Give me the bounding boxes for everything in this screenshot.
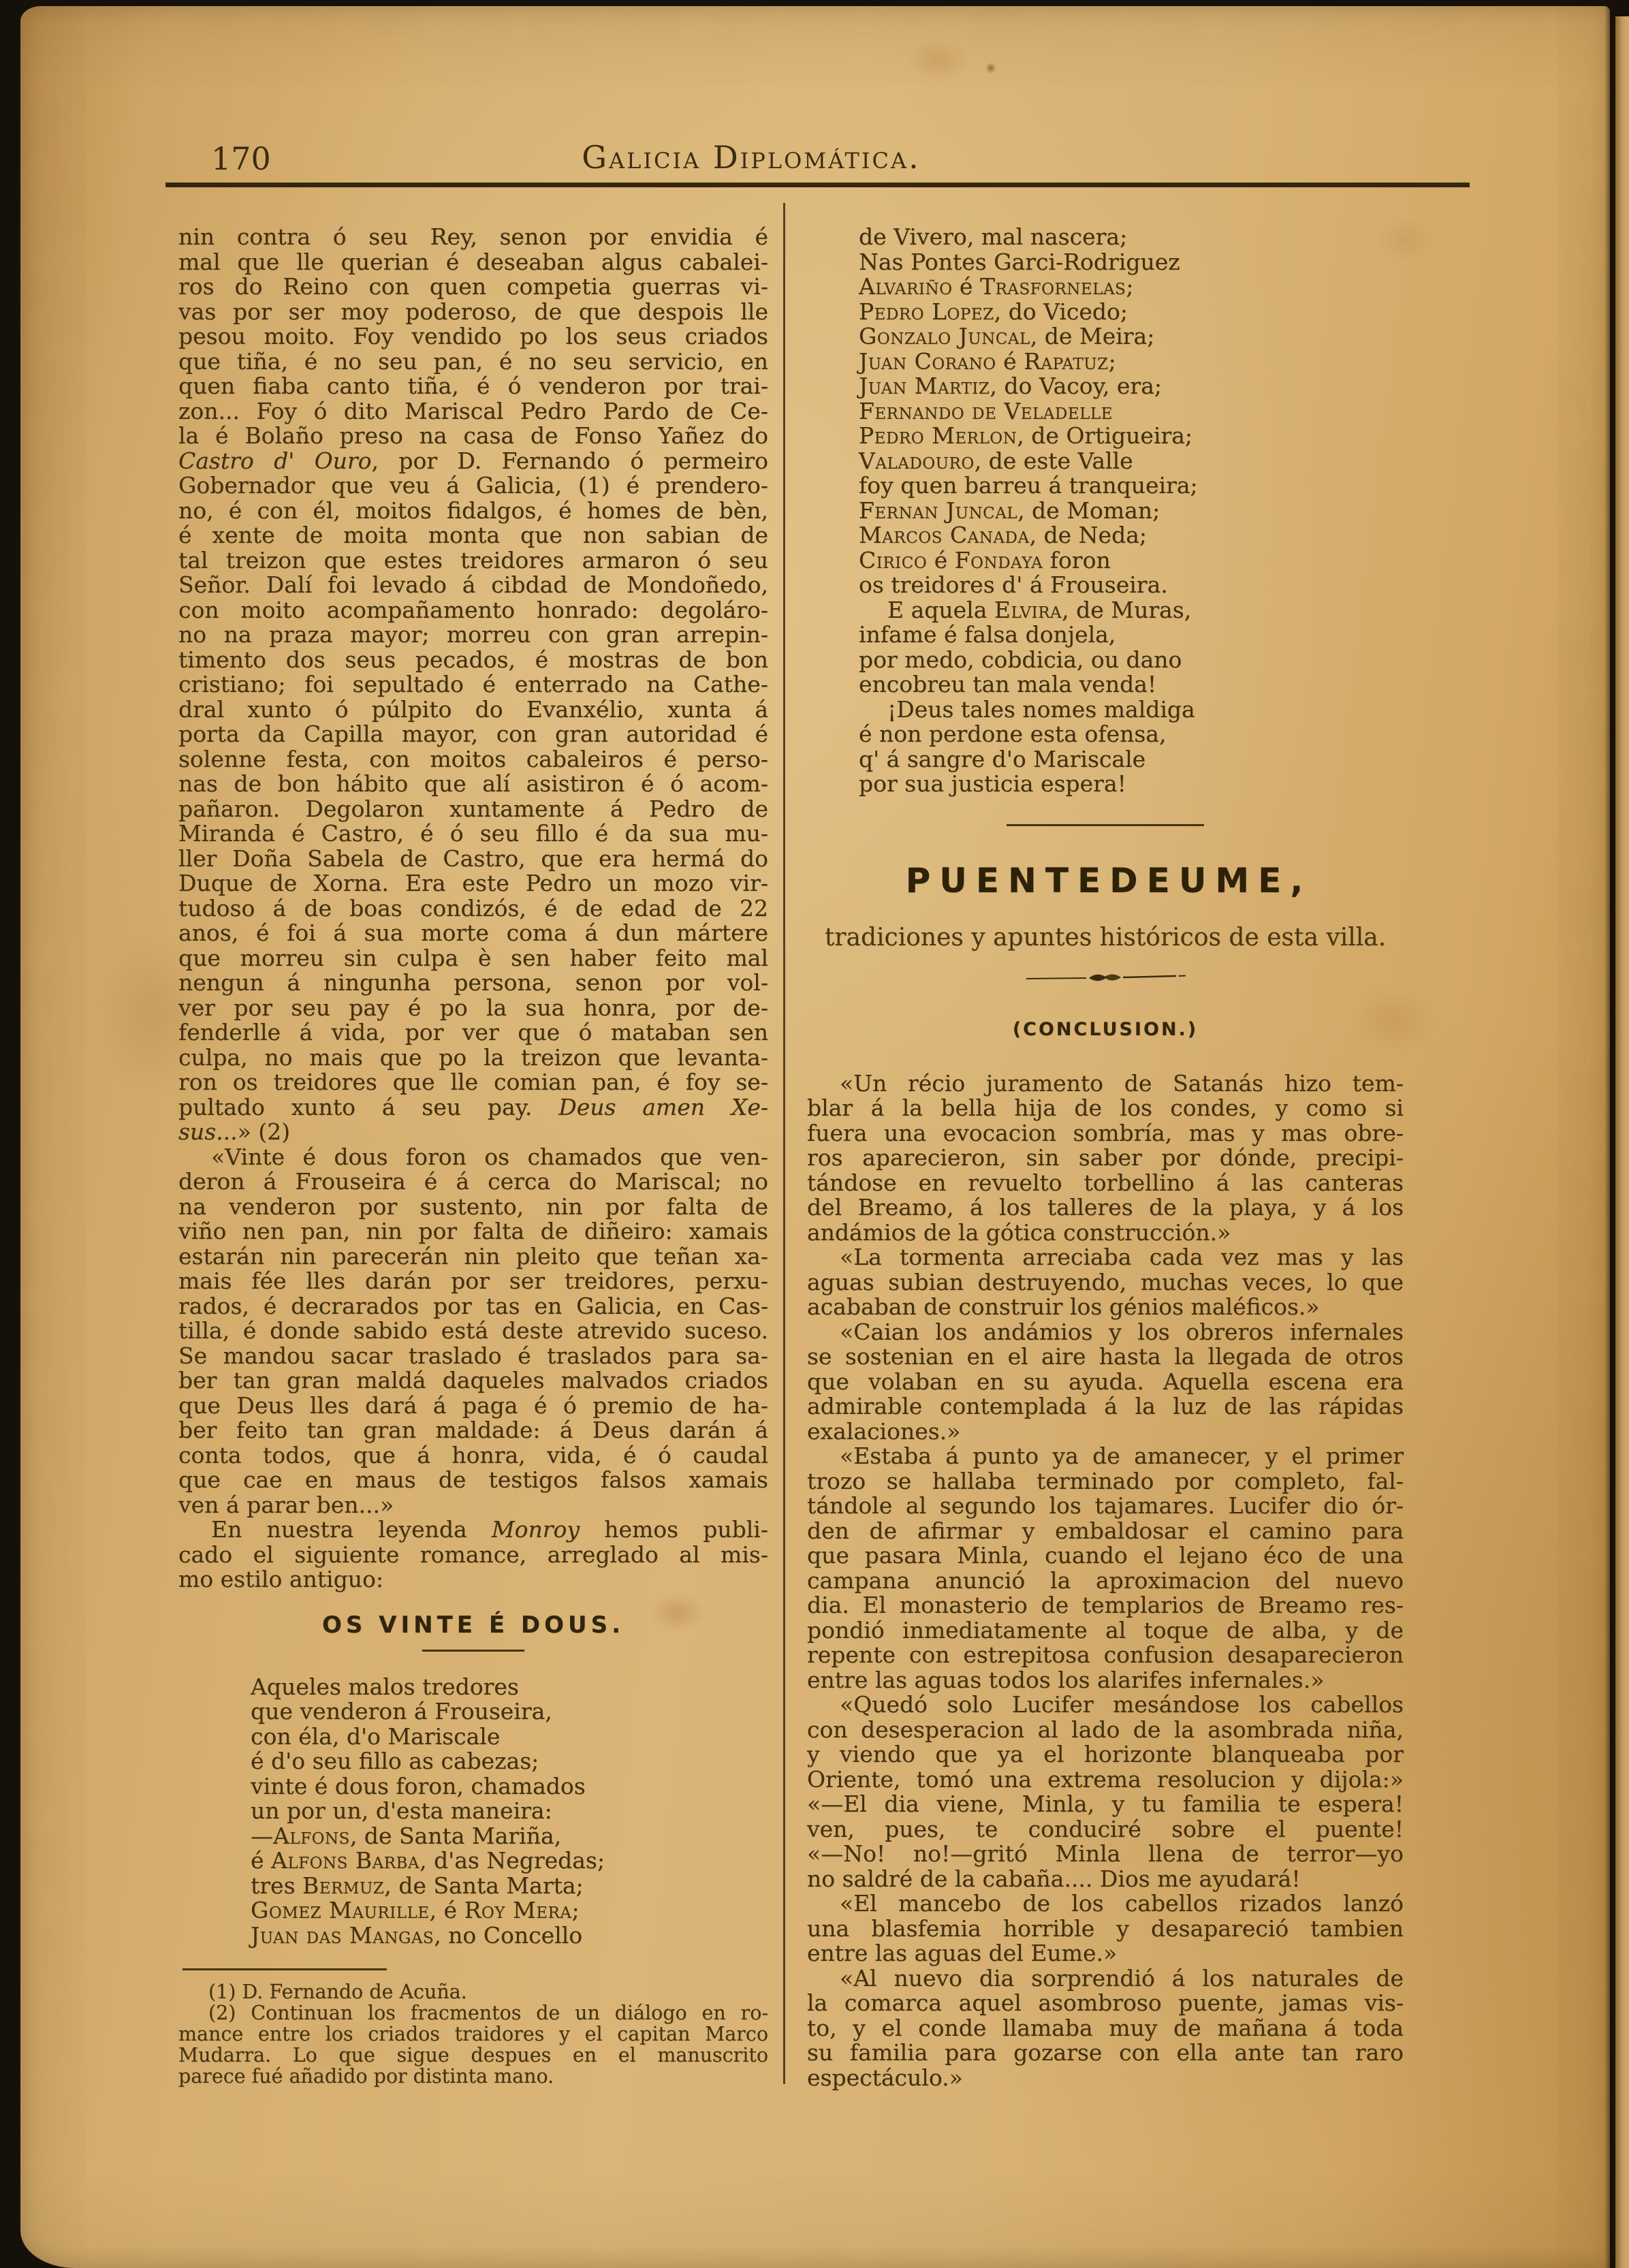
footnote-2: (2) Continuan los fracmentos de un diálo… [178,2002,768,2087]
text-line: entre las aguas todos los alarifes infer… [807,1668,1404,1693]
verse-line: Valadouro, de este Valle [859,449,1404,474]
text-line: cado el siguiente romance, arreglado al … [178,1543,768,1568]
text-line: mo estilo antiguo: [178,1567,768,1592]
text-line: entre las aguas del Eume.» [807,1941,1404,1966]
paragraph-andamios: «Caian los andámios y los obreros infern… [807,1320,1404,1445]
column-divider [783,203,785,2084]
paragraph-mancebo: «El mancebo de los cabellos rizados lanz… [807,1891,1404,1966]
heading-puentedeume: PUENTEDEUME, [807,862,1404,900]
column-left: nin contra ó seu Rey, senon por envidia … [178,225,768,2087]
heading-conclusion: (CONCLUSION.) [807,1018,1404,1041]
text-line: fenderlle á vida, por ver que ó mataban … [178,1020,768,1045]
text-line: se sostenian en el aire hasta la llegada… [807,1344,1404,1370]
text-line: la comarca aquel asombroso puente, jamas… [807,1991,1404,2016]
text-line: tal treizon que estes treidores armaron … [178,548,768,573]
footnote-rule [183,1968,387,1970]
text-line: «Al nuevo dia sorprendió á los naturales… [807,1966,1404,1991]
text-line: aguas subian destruyendo, muchas veces, … [807,1270,1404,1295]
text-line: En nuestra leyenda Monroy hemos publi- [178,1517,768,1543]
romance-verse-1: Aqueles malos tredoresque venderon á Fro… [178,1675,768,1949]
text-line: é xente de moita monta que non sabian de [178,523,768,548]
text-line: tudoso á de boas condizós, é de edad de … [178,896,768,922]
text-line: zon... Foy ó dito Mariscal Pedro Pardo d… [178,399,768,424]
text-line: «El mancebo de los cabellos rizados lanz… [807,1891,1404,1917]
text-line: pañaron. Degolaron xuntamente á Pedro de [178,797,768,822]
text-line: porta da Capilla mayor, con gran autorid… [178,722,768,747]
romance-verse-4: ¡Deus tales nomes maldigaé non perdone e… [807,697,1404,797]
text-line: fuera una evocacion sombría, mas y mas o… [807,1121,1404,1146]
text-line: una blasfemia horrible y desapareció tam… [807,1917,1404,1942]
verse-line: Cirico é Fondaya foron [859,548,1404,573]
text-line: pondió inmediatamente al toque de alba, … [807,1618,1404,1643]
text-line: ller Doña Sabela de Castro, que era herm… [178,847,768,872]
text-line: no na praza mayor; morreu con gran arrep… [178,623,768,648]
text-line: su familia para gozarse con ella ante ta… [807,2041,1404,2066]
text-line: nin contra ó seu Rey, senon por envidia … [178,225,768,250]
ornament-divider [807,968,1404,988]
text-line: deron á Frouseira é á cerca do Mariscal;… [178,1169,768,1195]
verse-line: Pedro Merlon, de Ortigueira; [859,424,1404,449]
text-line: campana anunció la aproximacion del nuev… [807,1569,1404,1594]
text-line: nengun á ningunha persona, senon por vol… [178,971,768,996]
verse-line: que venderon á Frouseira, [251,1699,768,1724]
text-line: ven, pues, te conduciré sobre el puente! [807,1817,1404,1842]
text-line: que pasara Minla, cuando el lejano éco d… [807,1543,1404,1569]
verse-line: Gomez Maurille, é Roy Mera; [251,1898,768,1923]
text-line: andámios de la gótica construcción.» [807,1220,1404,1246]
footnote-1: (1) D. Fernando de Acuña. [178,1981,768,2002]
text-line: no saldré de la cabaña.... Dios me ayuda… [807,1867,1404,1892]
text-line: cristiano; foi sepultado é enterrado na … [178,672,768,697]
text-line: rados, é decrarados por tas en Galicia, … [178,1294,768,1319]
section-divider-rule [1007,824,1204,826]
subtitle-puentedeume: tradiciones y apuntes históricos de esta… [807,924,1404,951]
verse-line: vinte é dous foron, chamados [251,1774,768,1799]
verse-line: ¡Deus tales nomes maldiga [859,697,1404,723]
verse-line: infame é falsa donjela, [859,623,1404,648]
text-line: que morreu sin culpa è sen haber feito m… [178,946,768,971]
text-line: quen fiaba canto tiña, é ó venderon por … [178,374,768,399]
text-line: «—No! no!—gritó Minla llena de terror—yo [807,1842,1404,1867]
verse-line: Gonzalo Juncal, de Meira; [859,324,1404,349]
text-line: «Un récio juramento de Satanás hizo tem- [807,1071,1404,1097]
text-line: den de afirmar y embaldosar el camino pa… [807,1519,1404,1544]
verse-line: Fernan Juncal, de Moman; [859,499,1404,524]
text-line: la é Bolaño preso na casa de Fonso Yañez… [178,424,768,449]
text-line: y viendo que ya el horizonte blanqueaba … [807,1742,1404,1767]
text-line: solenne festa, con moitos cabaleiros é p… [178,747,768,772]
text-line: pesou moito. Foy vendido po los seus cri… [178,324,768,349]
text-line: Castro d' Ouro, por D. Fernando ó permei… [178,449,768,474]
text-line: ber feito tan gran maldade: á Deus darán… [178,1418,768,1443]
text-line: (1) D. Fernando de Acuña. [178,1981,768,2002]
verse-line: Marcos Canada, de Neda; [859,523,1404,548]
adjacent-page-edge [1615,16,1629,2268]
verse-line: Aqueles malos tredores [251,1675,768,1700]
text-line: del Breamo, á los talleres de la playa, … [807,1195,1404,1220]
text-line: ron os treidores que lle comian pan, é f… [178,1070,768,1095]
paragraph-juramento: «Un récio juramento de Satanás hizo tem-… [807,1071,1404,1246]
verse-line: foy quen barreu á tranqueira; [859,473,1404,499]
text-line: sus...» (2) [178,1120,768,1145]
verse-line: é Alfons Barba, d'as Negredas; [251,1848,768,1874]
text-line: exalaciones.» [807,1419,1404,1445]
text-line: nas de bon hábito que alí asistiron é ó … [178,772,768,797]
text-line: Duque de Xorna. Era este Pedro un mozo v… [178,871,768,896]
verse-line: encobreu tan mala venda! [859,672,1404,697]
page-number: 170 [211,140,271,177]
text-line: dia. El monasterio de templarios de Brea… [807,1593,1404,1618]
text-line: Gobernador que veu á Galicia, (1) é pren… [178,473,768,499]
verse-line: —Alfons, de Santa Mariña, [251,1824,768,1849]
text-line: Oriente, tomó una extrema resolucion y d… [807,1767,1404,1793]
text-line: acababan de construir los génios maléfic… [807,1295,1404,1320]
verse-line: Pedro Lopez, do Vicedo; [859,300,1404,325]
text-line: «La tormenta arreciaba cada vez mas y la… [807,1245,1404,1270]
text-line: que volaban en su ayuda. Aquella escena … [807,1370,1404,1395]
text-line: tándole al segundo los tajamares. Lucife… [807,1494,1404,1519]
verse-line: é non perdone esta ofensa, [859,722,1404,747]
text-line: ros aparecieron, sin saber por dónde, pr… [807,1146,1404,1171]
paragraph-leyenda-monroy: En nuestra leyenda Monroy hemos publi-ca… [178,1517,768,1592]
paragraph-vinte-e-dous: «Vinte é dous foron os chamados que ven-… [178,1145,768,1518]
text-line: Señor. Dalí foi levado á cibdad de Mondo… [178,573,768,598]
text-line: estarán nin parecerán nin pleito que teñ… [178,1244,768,1270]
text-line: (2) Continuan los fracmentos de un diálo… [178,2002,768,2023]
header-rule [165,183,1470,187]
text-line: conta todos, que á honra, vida, é ó caud… [178,1443,768,1468]
page-title: Galicia Diplomática. [582,139,920,176]
text-line: «Estaba á punto ya de amanecer, y el pri… [807,1444,1404,1469]
text-line: «Quedó solo Lucifer mesándose los cabell… [807,1692,1404,1718]
text-line: trozo se hallaba terminado por completo,… [807,1469,1404,1494]
text-line: ver por seu pay é po la sua honra, por d… [178,996,768,1021]
text-line: espectáculo.» [807,2066,1404,2091]
text-line: «—El dia viene, Minla, y tu familia te e… [807,1792,1404,1817]
text-line: vas por ser moy poderoso, de que despois… [178,300,768,325]
verse-line: tres Bermuz, de Santa Marta; [251,1874,768,1899]
verse-line: con éla, d'o Mariscale [251,1724,768,1750]
text-line: na venderon por sustento, nin por falta … [178,1195,768,1220]
paragraph-mariscal: nin contra ó seu Rey, senon por envidia … [178,225,768,1145]
text-line: tándose en revuelto torbellino á las can… [807,1171,1404,1196]
text-line: «Caian los andámios y los obreros infern… [807,1320,1404,1345]
verse-line: Juan das Mangas, no Concello [251,1923,768,1949]
verse-line: Juan Martiz, do Vacoy, era; [859,374,1404,399]
text-line: parece fué añadido por distinta mano. [178,2066,768,2087]
text-line: «Vinte é dous foron os chamados que ven- [178,1145,768,1170]
text-line: tilla, é donde sabido está deste atrevid… [178,1319,768,1344]
verse-line: os treidores d' á Frouseira. [859,573,1404,598]
text-line: no, é con él, moitos fidalgos, é homes d… [178,499,768,524]
verse-line: E aquela Elvira, de Muras, [859,598,1404,623]
romance-verse-3: E aquela Elvira, de Muras,infame é falsa… [807,598,1404,697]
paragraph-lucifer: «Quedó solo Lucifer mesándose los cabell… [807,1692,1404,1891]
text-line: ber tan gran maldá daqueles malvados cri… [178,1368,768,1393]
text-line: que tiña, é no seu pan, é no seu servici… [178,349,768,375]
text-line: Mudarra. Lo que sigue despues en el manu… [178,2045,768,2066]
verse-line: é d'o seu fillo as cabezas; [251,1749,768,1774]
text-line: pultado xunto á seu pay. Deus amen Xe- [178,1095,768,1120]
heading-underline [422,1650,524,1652]
text-line: anos, é foi á sua morte coma á dun márte… [178,921,768,946]
text-line: ros do Reino con quen competia guerras v… [178,274,768,300]
column-right: de Vivero, mal nascera;Nas Pontes Garci-… [807,225,1404,2090]
text-line: culpa, no mais que po la treizon que lev… [178,1045,768,1071]
text-line: dral xunto ó púlpito do Evanxélio, xunta… [178,697,768,723]
text-line: con desesperacion al lado de la asombrad… [807,1718,1404,1743]
text-line: timento dos seus pecados, é mostras de b… [178,648,768,673]
text-line: blar á la bella hija de los condes, y co… [807,1096,1404,1121]
text-line: que Deus lles dará á paga é ó premio de … [178,1393,768,1419]
verse-line: por medo, cobdicia, ou dano [859,648,1404,673]
verse-line: q' á sangre d'o Mariscale [859,747,1404,772]
text-line: viño nen pan, nin por falta de diñeiro: … [178,1219,768,1244]
verse-line: de Vivero, mal nascera; [859,225,1404,250]
paragraph-tormenta: «La tormenta arreciaba cada vez mas y la… [807,1245,1404,1320]
verse-line: por sua justicia espera! [859,772,1404,797]
paragraph-nuevo-dia: «Al nuevo dia sorprendió á los naturales… [807,1966,1404,2091]
heading-os-vinte-e-dous: OS VINTE É DOUS. [178,1610,768,1640]
text-line: mal que lle querian é deseaban algus cab… [178,250,768,275]
verse-line: Alvariño é Trasfornelas; [859,274,1404,300]
romance-verse-2: de Vivero, mal nascera;Nas Pontes Garci-… [807,225,1404,598]
text-line: to, y el conde llamaba muy de mañana á t… [807,2016,1404,2041]
paragraph-amanecer: «Estaba á punto ya de amanecer, y el pri… [807,1444,1404,1692]
text-line: que cae en maus de testigos falsos xamai… [178,1468,768,1493]
ornament-flourish-icon [1024,968,1187,988]
text-line: admirable contemplada á la luz de las rá… [807,1394,1404,1419]
text-line: Se mandou sacar traslado é traslados par… [178,1344,768,1369]
text-line: mais fée lles darán por ser treidores, p… [178,1269,768,1294]
verse-line: Juan Corano é Rapatuz; [859,349,1404,375]
verse-line: Fernando de Veladelle [859,399,1404,424]
verse-line: un por un, d'esta maneira: [251,1799,768,1824]
scanned-page: 170 Galicia Diplomática. nin contra ó se… [0,0,1629,2268]
text-line: ven á parar ben...» [178,1493,768,1518]
text-line: repente con estrepitosa confusion desapa… [807,1643,1404,1668]
text-line: mance entre los criados traidores y el c… [178,2023,768,2045]
verse-line: Nas Pontes Garci-Rodriguez [859,250,1404,275]
text-line: con moito acompañamento honrado: degolár… [178,598,768,623]
text-line: Miranda é Castro, é ó seu fillo é da sua… [178,821,768,847]
